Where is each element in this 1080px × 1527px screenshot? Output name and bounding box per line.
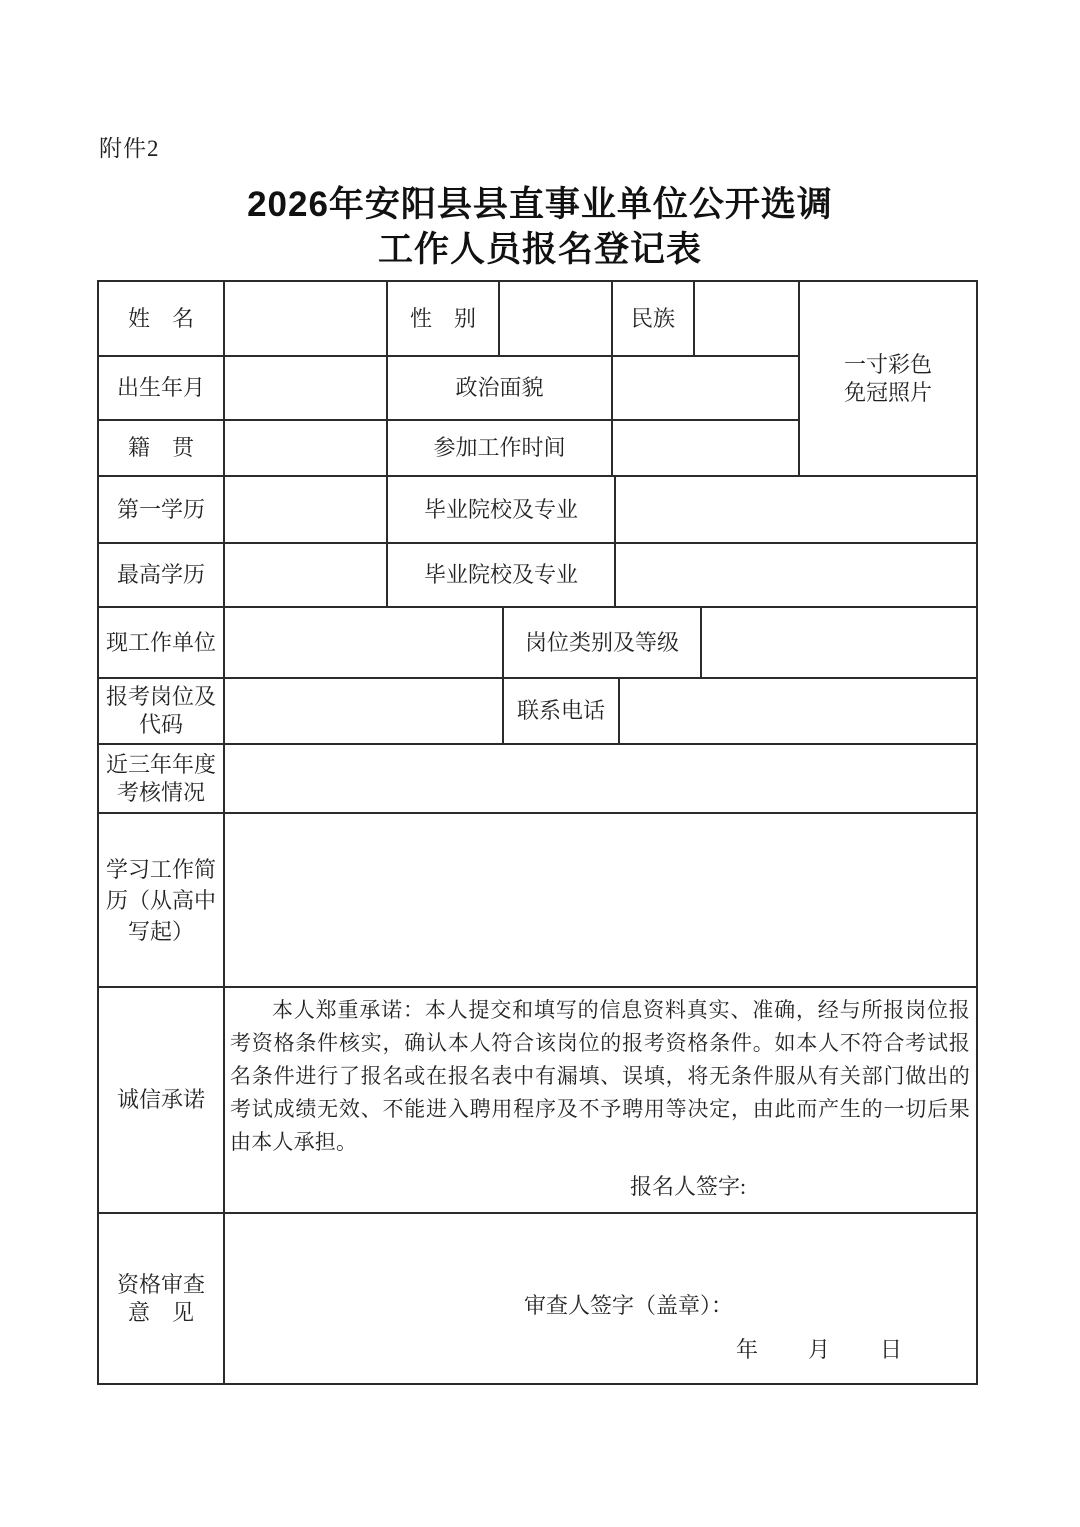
row-highest-degree: 最高学历 毕业院校及专业 — [99, 544, 976, 608]
first-degree-value-cell — [225, 477, 388, 542]
appraisal-label: 近三年年度 考核情况 — [99, 745, 225, 812]
pledge-text: 本人郑重承诺：本人提交和填写的信息资料真实、准确，经与所报岗位报考资格条件核实，… — [230, 994, 970, 1159]
post-category-value-cell — [702, 608, 976, 677]
post-category-label: 岗位类别及等级 — [504, 608, 702, 677]
native-place-value-cell — [225, 421, 388, 475]
appraisal-value-cell — [225, 745, 976, 812]
integrity-pledge-cell: 本人郑重承诺：本人提交和填写的信息资料真实、准确，经与所报岗位报考资格条件核实，… — [225, 988, 976, 1212]
form-title: 2026年安阳县县直事业单位公开选调 工作人员报名登记表 — [0, 182, 1080, 272]
review-label-line2: 意 见 — [128, 1299, 194, 1327]
document-page: 附件2 2026年安阳县县直事业单位公开选调 工作人员报名登记表 姓 名 性 别… — [0, 0, 1080, 1527]
attachment-label: 附件2 — [99, 130, 160, 163]
ethnicity-value-cell — [695, 282, 800, 355]
political-status-value-cell — [613, 357, 800, 419]
phone-value-cell — [620, 679, 976, 743]
applied-post-label-line2: 代码 — [139, 711, 183, 739]
birth-date-value-cell — [225, 357, 388, 419]
photo-note-line1: 一寸彩色 — [844, 351, 932, 379]
row-native-workstart: 籍 贯 参加工作时间 — [99, 421, 800, 475]
row-integrity-pledge: 诚信承诺 本人郑重承诺：本人提交和填写的信息资料真实、准确，经与所报岗位报考资格… — [99, 988, 976, 1214]
work-start-label: 参加工作时间 — [388, 421, 613, 475]
name-value-cell — [225, 282, 388, 355]
applicant-signature-label: 报名人签字: — [318, 1173, 976, 1201]
ethnicity-label: 民族 — [613, 282, 695, 355]
applied-post-label-line1: 报考岗位及 — [106, 683, 216, 711]
review-opinion-cell: 审查人签字（盖章）： 年 月 日 — [225, 1214, 976, 1383]
form-title-line2: 工作人员报名登记表 — [0, 227, 1080, 272]
resume-label: 学习工作简 历（从高中 写起） — [99, 814, 225, 986]
row-annual-appraisal: 近三年年度 考核情况 — [99, 745, 976, 814]
appraisal-label-line2: 考核情况 — [117, 779, 205, 807]
row-applied-post-phone: 报考岗位及 代码 联系电话 — [99, 679, 976, 745]
first-degree-school-value-cell — [616, 477, 976, 542]
reviewer-signature-label: 审查人签字（盖章）： — [253, 1292, 976, 1320]
form-title-line1: 2026年安阳县县直事业单位公开选调 — [0, 182, 1080, 227]
row-qualification-review: 资格审查 意 见 审查人签字（盖章）： 年 月 日 — [99, 1214, 976, 1383]
resume-label-line2: 历（从高中 — [106, 885, 216, 916]
political-status-label: 政治面貌 — [388, 357, 613, 419]
row-birth-political: 出生年月 政治面貌 — [99, 357, 800, 421]
first-degree-label: 第一学历 — [99, 477, 225, 542]
current-unit-value-cell — [225, 608, 504, 677]
applied-post-value-cell — [225, 679, 504, 743]
first-degree-school-label: 毕业院校及专业 — [388, 477, 616, 542]
integrity-label: 诚信承诺 — [99, 988, 225, 1212]
name-label: 姓 名 — [99, 282, 225, 355]
highest-degree-value-cell — [225, 544, 388, 606]
resume-label-line1: 学习工作简 — [106, 854, 216, 885]
row-resume: 学习工作简 历（从高中 写起） — [99, 814, 976, 988]
row-first-degree: 第一学历 毕业院校及专业 — [99, 477, 976, 544]
phone-label: 联系电话 — [504, 679, 620, 743]
gender-label: 性 别 — [388, 282, 500, 355]
resume-label-line3: 写起） — [128, 916, 194, 947]
applied-post-label: 报考岗位及 代码 — [99, 679, 225, 743]
work-start-value-cell — [613, 421, 800, 475]
registration-form-table: 姓 名 性 别 民族 出生年月 政治面貌 籍 贯 参加工作时间 — [97, 280, 978, 1385]
review-label: 资格审查 意 见 — [99, 1214, 225, 1383]
appraisal-label-line1: 近三年年度 — [106, 751, 216, 779]
native-place-label: 籍 贯 — [99, 421, 225, 475]
review-date-label: 年 月 日 — [736, 1336, 904, 1364]
photo-placeholder: 一寸彩色 免冠照片 — [800, 282, 976, 475]
personal-info-section: 姓 名 性 别 民族 出生年月 政治面貌 籍 贯 参加工作时间 — [99, 282, 976, 477]
gender-value-cell — [500, 282, 613, 355]
highest-degree-school-value-cell — [616, 544, 976, 606]
photo-note-line2: 免冠照片 — [844, 379, 932, 407]
resume-value-cell — [225, 814, 976, 986]
highest-degree-school-label: 毕业院校及专业 — [388, 544, 616, 606]
birth-date-label: 出生年月 — [99, 357, 225, 419]
highest-degree-label: 最高学历 — [99, 544, 225, 606]
current-unit-label: 现工作单位 — [99, 608, 225, 677]
row-name-gender-ethnicity: 姓 名 性 别 民族 — [99, 282, 800, 357]
row-current-unit: 现工作单位 岗位类别及等级 — [99, 608, 976, 679]
review-label-line1: 资格审查 — [117, 1271, 205, 1299]
